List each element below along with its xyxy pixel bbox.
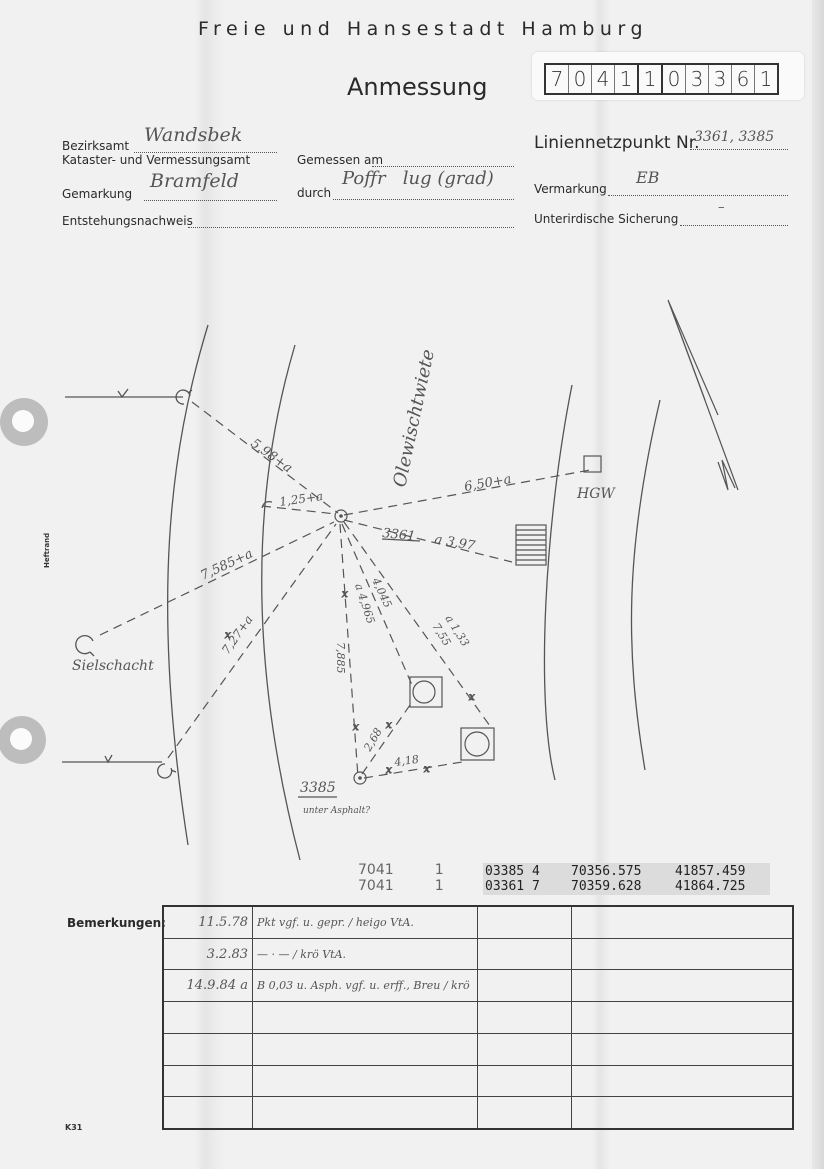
- hand-id: 1: [394, 862, 444, 878]
- hand-ids: 70411 70411: [358, 862, 444, 894]
- remark-cell[interactable]: [572, 1065, 794, 1097]
- remarks-row: [163, 1002, 793, 1034]
- hand-id: 1: [394, 878, 444, 894]
- remarks-row: [163, 1065, 793, 1097]
- remark-cell[interactable]: [478, 970, 572, 1002]
- remarks-label: Bemerkungen:: [67, 916, 166, 930]
- road-edge-line: [168, 325, 208, 845]
- coordinate-row: 03361 7 70359.628 41864.725: [485, 879, 770, 894]
- sielschacht-label: Sielschacht: [72, 658, 154, 674]
- road-edge-line: [544, 385, 572, 780]
- measurement-label: 2,68: [361, 726, 385, 755]
- remarks-row: 14.9.84 aB 0,03 u. Asph. vgf. u. erff., …: [163, 970, 793, 1002]
- remark-cell[interactable]: [478, 938, 572, 970]
- remark-date[interactable]: [163, 1033, 253, 1065]
- remark-date[interactable]: [163, 1002, 253, 1034]
- remark-text[interactable]: [253, 1065, 478, 1097]
- remark-text[interactable]: B 0,03 u. Asph. vgf. u. erff., Breu / kr…: [253, 970, 478, 1002]
- point-3385-note: unter Asphalt?: [303, 806, 370, 816]
- remark-cell[interactable]: [478, 906, 572, 938]
- remark-cell[interactable]: [572, 1033, 794, 1065]
- svg-text:x: x: [386, 765, 392, 776]
- measurement-label: 6,50+a: [463, 472, 512, 495]
- coord-x: 70359.628: [571, 879, 675, 894]
- remark-text[interactable]: [253, 1033, 478, 1065]
- form-code: K31: [65, 1123, 82, 1132]
- hand-id: 7041: [358, 878, 394, 894]
- remark-cell[interactable]: [572, 1097, 794, 1129]
- remark-date[interactable]: [163, 1097, 253, 1129]
- road-edge-line: [631, 400, 660, 770]
- coord-y: 41857.459: [675, 864, 745, 879]
- svg-text:x: x: [342, 589, 348, 600]
- remarks-row: 11.5.78Pkt vgf. u. gepr. / heigo VtA.: [163, 906, 793, 938]
- measurement-label: 5,98+a: [248, 436, 295, 476]
- hand-id: 7041: [358, 862, 394, 878]
- remark-text[interactable]: — · — / krö VtA.: [253, 938, 478, 970]
- coordinate-block: 03385 4 70356.575 41857.459 03361 7 7035…: [483, 863, 770, 895]
- remark-text[interactable]: Pkt vgf. u. gepr. / heigo VtA.: [253, 906, 478, 938]
- svg-text:x: x: [424, 764, 430, 775]
- remark-date[interactable]: 14.9.84 a: [163, 970, 253, 1002]
- remarks-table: 11.5.78Pkt vgf. u. gepr. / heigo VtA.3.2…: [162, 905, 794, 1130]
- remarks-row: [163, 1033, 793, 1065]
- remark-cell[interactable]: [572, 906, 794, 938]
- measurement-label: 7,885: [334, 642, 347, 674]
- remark-cell[interactable]: [572, 970, 794, 1002]
- remark-cell[interactable]: [572, 938, 794, 970]
- remark-date[interactable]: [163, 1065, 253, 1097]
- remark-text[interactable]: [253, 1002, 478, 1034]
- measurement-label: 7,585+a: [198, 546, 255, 583]
- measurement-label: 1,25+a: [278, 489, 323, 509]
- svg-text:x: x: [386, 720, 392, 731]
- remarks-row: 3.2.83— · — / krö VtA.: [163, 938, 793, 970]
- remark-cell[interactable]: [478, 1097, 572, 1129]
- svg-text:x: x: [353, 722, 359, 733]
- svg-text:x: x: [469, 692, 475, 703]
- remark-cell[interactable]: [478, 1065, 572, 1097]
- remark-date[interactable]: 3.2.83: [163, 938, 253, 970]
- remark-cell[interactable]: [478, 1033, 572, 1065]
- coord-y: 41864.725: [675, 879, 745, 894]
- remark-text[interactable]: [253, 1097, 478, 1129]
- hgw-label: HGW: [576, 486, 616, 502]
- point-3385-label: 3385: [300, 780, 336, 796]
- remark-cell[interactable]: [478, 1002, 572, 1034]
- measurement-label: a 3,97: [433, 532, 477, 554]
- coordinate-row: 03385 4 70356.575 41857.459: [485, 864, 770, 879]
- remark-date[interactable]: 11.5.78: [163, 906, 253, 938]
- measurement-label: 4,18: [393, 753, 420, 769]
- point-id: 03385 4: [485, 864, 571, 879]
- point-id: 03361 7: [485, 879, 571, 894]
- measurement-label: 3361: [382, 526, 416, 544]
- coord-x: 70356.575: [571, 864, 675, 879]
- street-name: Olewischtwiete: [389, 348, 439, 489]
- remark-cell[interactable]: [572, 1002, 794, 1034]
- road-edge-line: [262, 345, 300, 860]
- remarks-row: [163, 1097, 793, 1129]
